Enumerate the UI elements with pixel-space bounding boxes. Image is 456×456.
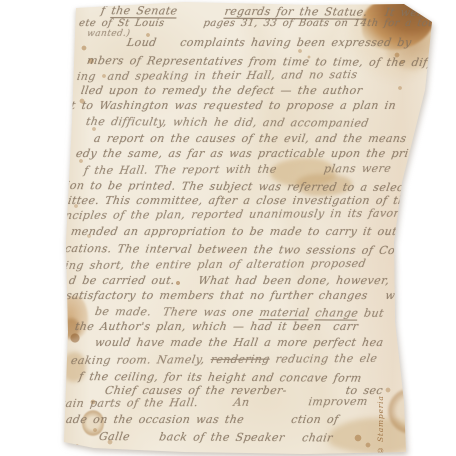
text-line: d be carried out. What had been done, ho… [68,274,423,287]
text-line: Loud complaints having been expressed by [126,36,413,49]
screenshot-root: { "colors": { "background": "#ffffff", "… [0,0,456,456]
text-line: mbers of Representatives from time to ti… [86,54,432,69]
paper-shadow-wrap: f the Senate regards for the Statue. It … [64,2,432,454]
letter-paper: f the Senate regards for the Statue. It … [64,2,432,454]
text-line: satisfactory to members that no further … [65,289,432,302]
stamperia-watermark: © Stamperia [376,383,389,454]
text-line: it to Washington was requested to propos… [66,99,397,112]
text-line: eaking room. Namely, rendering reducing … [70,352,378,367]
text-line: ade on the occasion was the ction of [65,413,340,426]
text-line: the Author's plan, which — had it been c… [74,320,359,333]
text-line: nciples of the plan, reported unanimousl… [64,207,400,222]
white-backdrop: f the Senate regards for the Statue. It … [0,0,456,456]
text-line: a report on the causes of the evil, and … [93,132,408,145]
text-line: ing short, the entire plan of alteration… [64,257,367,272]
text-line: lled upon to remedy the defect — the aut… [80,84,363,97]
text-line: be made. There was one material change b… [94,305,385,320]
text-line: mended an appropriation to be made to ca… [70,225,398,238]
text-line: ing and speaking in their Hall, and no s… [76,68,358,83]
text-line: edy the same, as far as was practicable … [75,147,417,160]
text-line: the difficulty, which he did, and accomp… [85,115,370,130]
text-line: would have made the Hall a more perfect … [94,336,385,349]
text-line: Galle back of the Speaker chair [98,430,334,444]
text-line: ion to be printed. The subject was refer… [65,179,424,194]
text-line: tain parts of the Hall. An improvem [64,395,369,410]
text-line: cations. The interval between the two se… [64,242,411,257]
text-line: f the Hall. The report with the plans we… [83,162,392,177]
text-line: wanted.) [86,28,131,41]
text-line: ittee. This committee, after a close inv… [67,194,414,207]
text-line: f the ceiling, for its height and concav… [78,370,363,385]
